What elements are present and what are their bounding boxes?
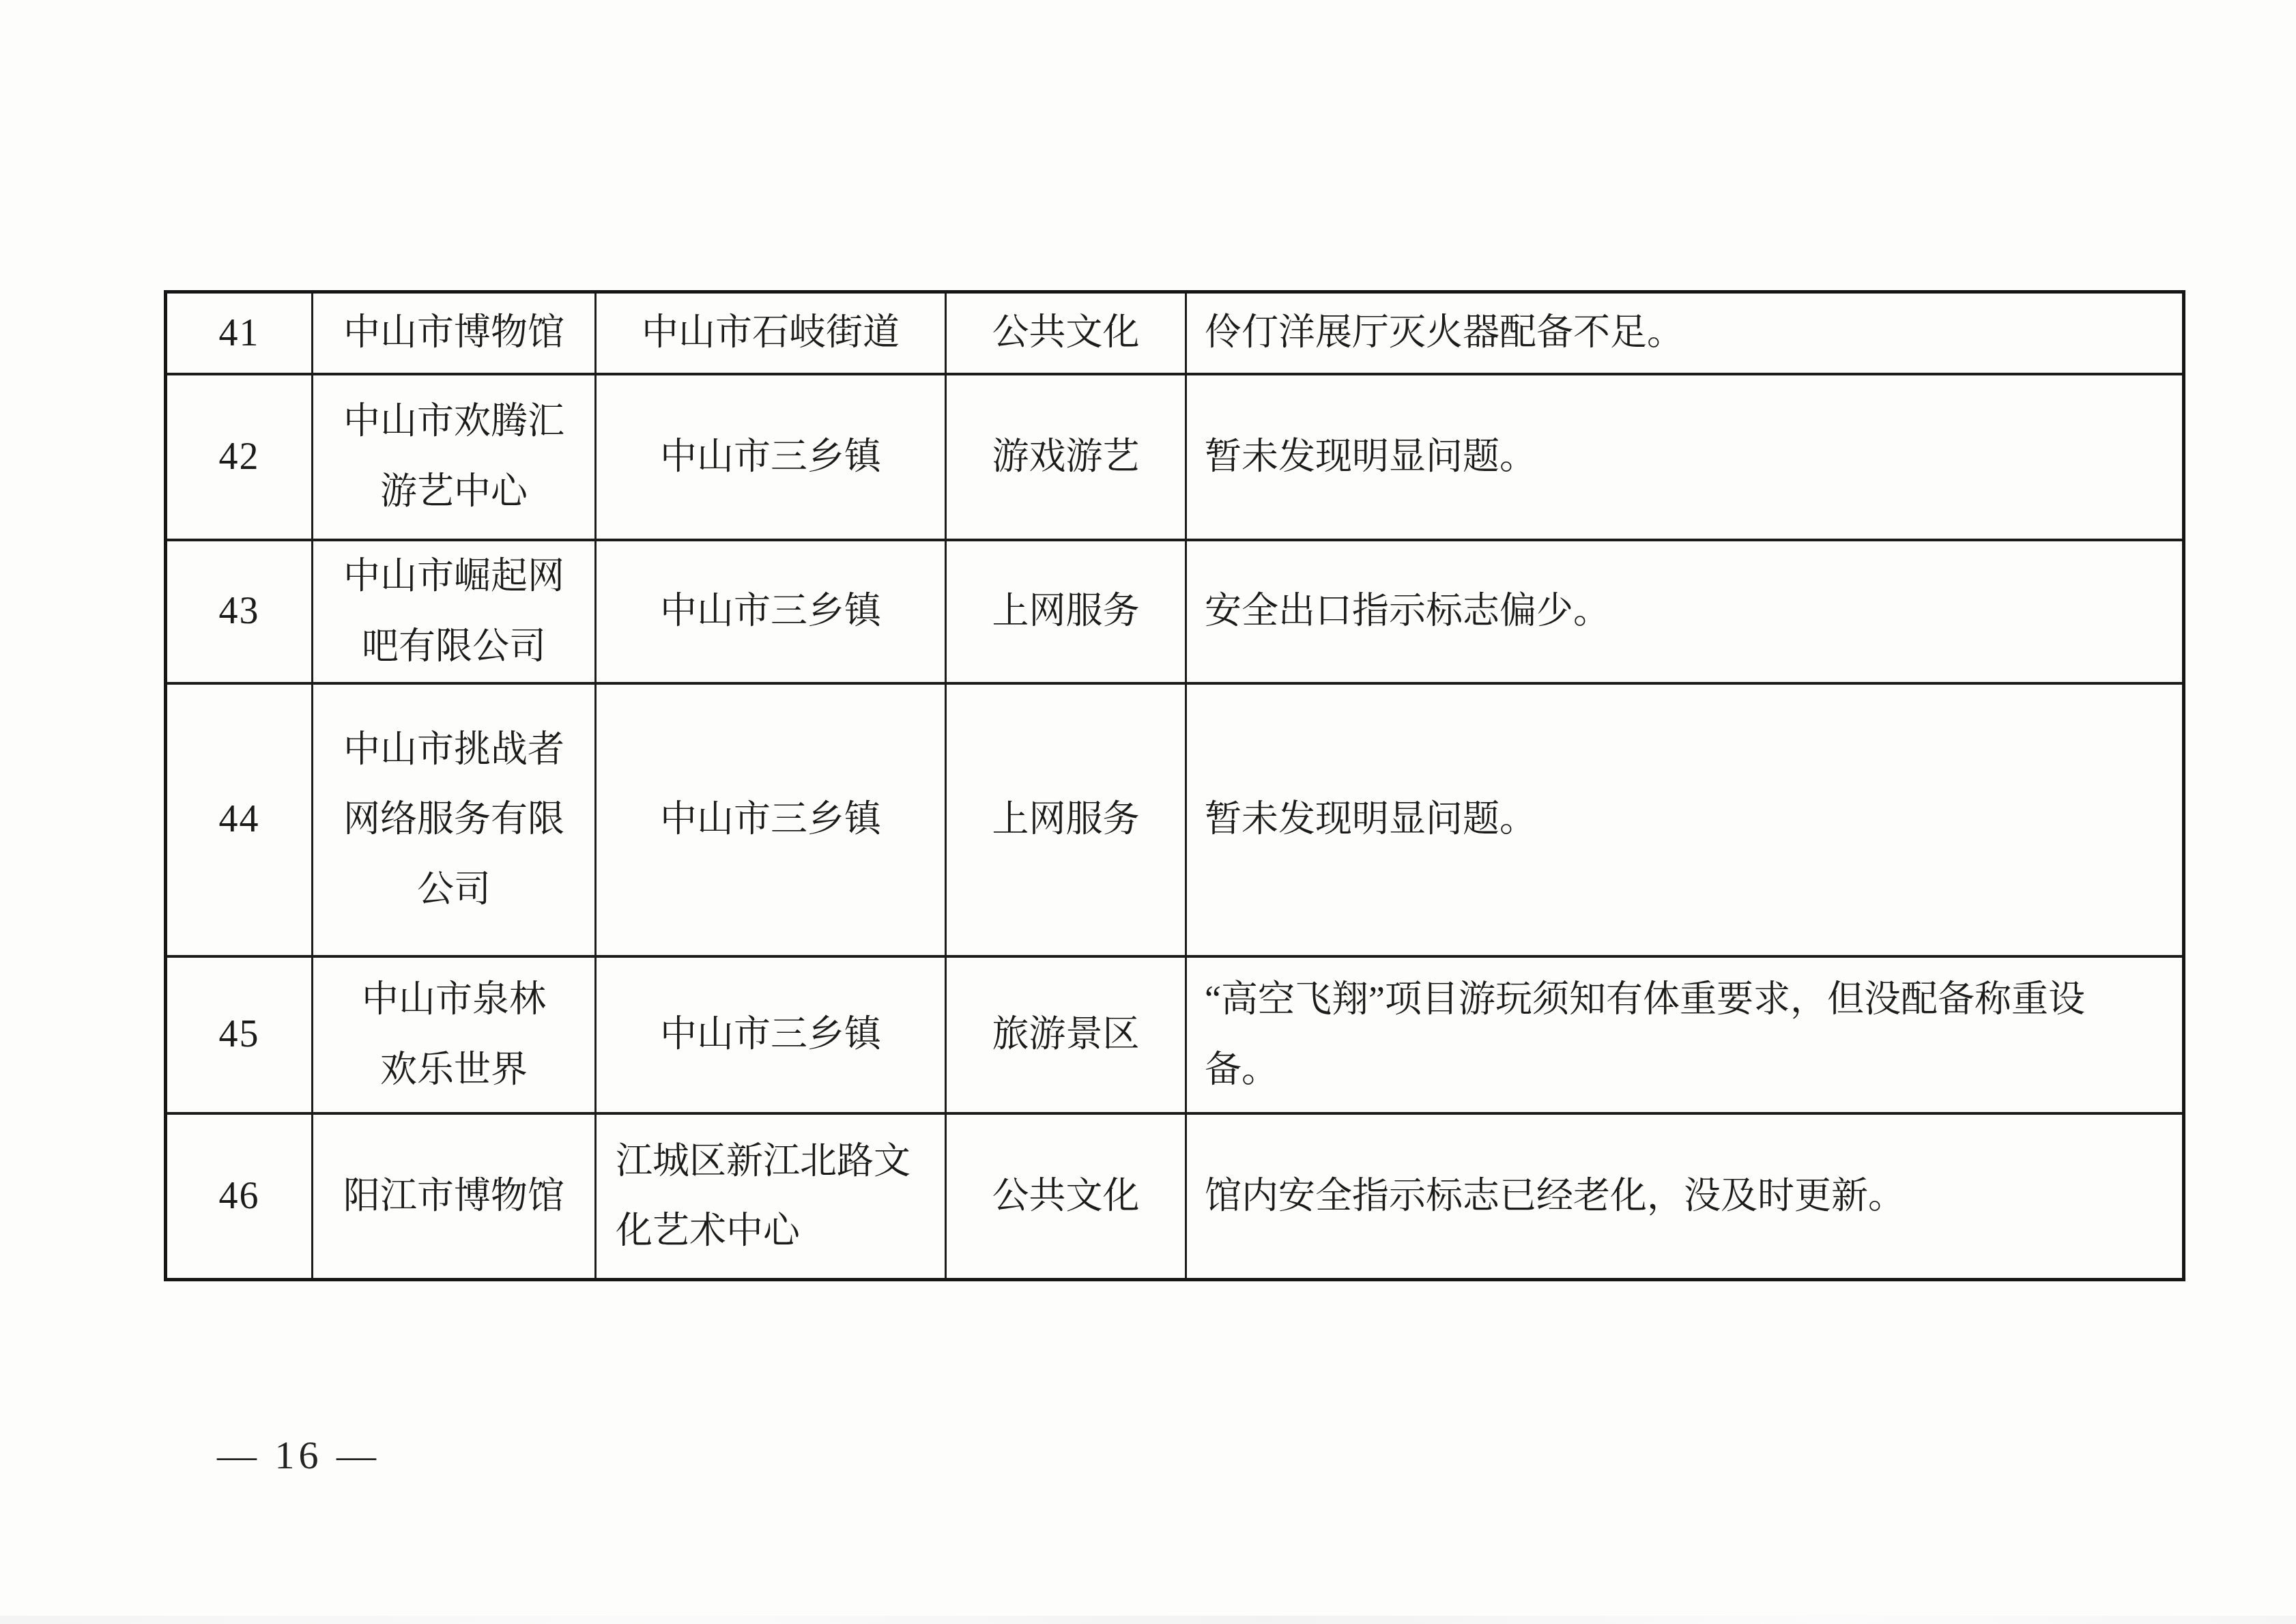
cell-category: 游戏游艺	[946, 374, 1186, 540]
cell-serial-number: 41	[166, 292, 313, 374]
cell-serial-number: 45	[166, 956, 313, 1113]
cell-venue-name: 中山市欢腾汇 游艺中心	[313, 374, 596, 540]
scanned-document-page: 41 中山市博物馆 中山市石岐街道 公共文化 伶仃洋展厅灭火器配备不足。 42 …	[0, 0, 2296, 1624]
cell-issue: 暂未发现明显问题。	[1186, 683, 2184, 956]
cell-category: 公共文化	[946, 292, 1186, 374]
cell-category: 公共文化	[946, 1113, 1186, 1280]
table-row: 44 中山市挑战者 网络服务有限 公司 中山市三乡镇 上网服务 暂未发现明显问题…	[166, 683, 2184, 956]
table-row: 41 中山市博物馆 中山市石岐街道 公共文化 伶仃洋展厅灭火器配备不足。	[166, 292, 2184, 374]
cell-venue-name: 中山市泉林 欢乐世界	[313, 956, 596, 1113]
cell-issue: “高空飞翔”项目游玩须知有体重要求，但没配备称重设 备。	[1186, 956, 2184, 1113]
cell-venue-name: 中山市崛起网 吧有限公司	[313, 540, 596, 683]
table-row: 45 中山市泉林 欢乐世界 中山市三乡镇 旅游景区 “高空飞翔”项目游玩须知有体…	[166, 956, 2184, 1113]
cell-venue-name: 中山市博物馆	[313, 292, 596, 374]
cell-serial-number: 46	[166, 1113, 313, 1280]
cell-location: 中山市石岐街道	[596, 292, 946, 374]
cell-issue: 伶仃洋展厅灭火器配备不足。	[1186, 292, 2184, 374]
cell-serial-number: 43	[166, 540, 313, 683]
cell-issue: 安全出口指示标志偏少。	[1186, 540, 2184, 683]
cell-issue: 暂未发现明显问题。	[1186, 374, 2184, 540]
table-row: 42 中山市欢腾汇 游艺中心 中山市三乡镇 游戏游艺 暂未发现明显问题。	[166, 374, 2184, 540]
scan-artifact	[0, 1616, 2296, 1624]
cell-serial-number: 44	[166, 683, 313, 956]
cell-location: 中山市三乡镇	[596, 540, 946, 683]
cell-category: 上网服务	[946, 683, 1186, 956]
cell-location: 中山市三乡镇	[596, 683, 946, 956]
cell-category: 旅游景区	[946, 956, 1186, 1113]
cell-venue-name: 阳江市博物馆	[313, 1113, 596, 1280]
cell-serial-number: 42	[166, 374, 313, 540]
cell-category: 上网服务	[946, 540, 1186, 683]
page-number: — 16 —	[217, 1432, 380, 1478]
cell-location: 中山市三乡镇	[596, 374, 946, 540]
cell-venue-name: 中山市挑战者 网络服务有限 公司	[313, 683, 596, 956]
table-row: 43 中山市崛起网 吧有限公司 中山市三乡镇 上网服务 安全出口指示标志偏少。	[166, 540, 2184, 683]
inspection-results-table: 41 中山市博物馆 中山市石岐街道 公共文化 伶仃洋展厅灭火器配备不足。 42 …	[164, 290, 2185, 1281]
cell-location: 中山市三乡镇	[596, 956, 946, 1113]
table-row: 46 阳江市博物馆 江城区新江北路文 化艺术中心 公共文化 馆内安全指示标志已经…	[166, 1113, 2184, 1280]
cell-location: 江城区新江北路文 化艺术中心	[596, 1113, 946, 1280]
cell-issue: 馆内安全指示标志已经老化，没及时更新。	[1186, 1113, 2184, 1280]
